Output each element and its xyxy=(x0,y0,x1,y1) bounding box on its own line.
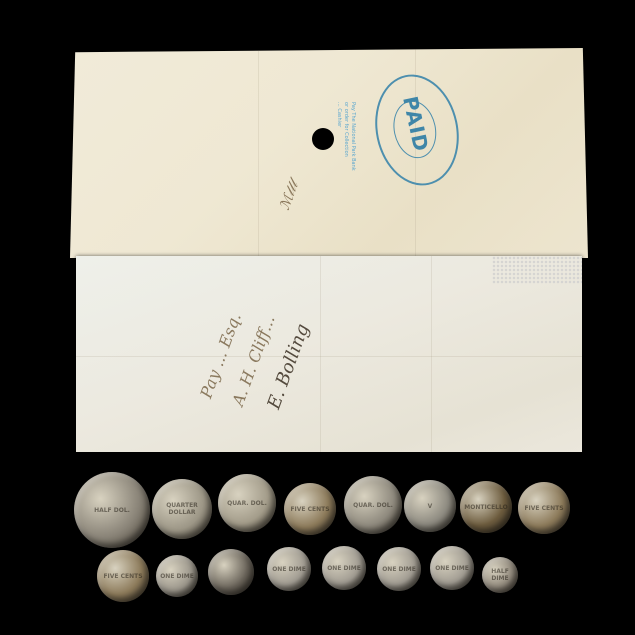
mercury-dime-coin: ONE DIME xyxy=(430,546,474,590)
fold-line xyxy=(431,256,432,452)
coin-legend: QUARTER DOLLAR xyxy=(152,502,212,516)
endorsement-line: ... Cashier xyxy=(335,102,342,171)
punch-hole xyxy=(312,128,334,150)
coin-legend: V xyxy=(428,503,433,510)
seated-liberty-quarter-coin: QUAR. DOL. xyxy=(344,476,402,534)
buffalo-nickel-coin: FIVE CENTS xyxy=(97,550,149,602)
seated-half-dime-coin: HALF DIME xyxy=(482,557,518,593)
halftone-pattern xyxy=(492,256,582,284)
coin-legend: HALF DOL. xyxy=(94,507,130,514)
coin-legend: ONE DIME xyxy=(160,573,194,580)
mercury-dime-coin: ONE DIME xyxy=(322,546,366,590)
mercury-dime-coin: ONE DIME xyxy=(377,547,421,591)
mercury-dime-coin: ONE DIME xyxy=(267,547,311,591)
fold-line xyxy=(320,256,321,452)
buffalo-nickel-coin: FIVE CENTS xyxy=(284,483,336,535)
capped-bust-dime-coin xyxy=(208,549,254,595)
coin-legend: QUAR. DOL. xyxy=(227,500,267,507)
coin-legend: MONTICELLO xyxy=(464,504,507,511)
jefferson-nickel-coin: MONTICELLO xyxy=(460,481,512,533)
coin-legend: FIVE CENTS xyxy=(524,505,563,512)
coin-legend: ONE DIME xyxy=(382,566,416,573)
standing-liberty-quarter-coin: QUARTER DOLLAR xyxy=(152,479,212,539)
check-back-top: ℳ𝓁𝓁𝓁 Pay The National Park Bank or order… xyxy=(70,48,588,258)
coin-legend: ONE DIME xyxy=(435,565,469,572)
endorsement-stamp-text: Pay The National Park Bank or order for … xyxy=(335,102,356,171)
pencil-signature: ℳ𝓁𝓁𝓁 xyxy=(277,180,302,213)
coin-legend: QUAR. DOL. xyxy=(353,502,393,509)
paid-stamp: PAID xyxy=(365,67,468,194)
coin-legend: FIVE CENTS xyxy=(290,506,329,513)
liberty-v-nickel-coin: V xyxy=(404,480,456,532)
seated-liberty-half-dollar-coin: HALF DOL. xyxy=(74,472,150,548)
barber-dime-coin: ONE DIME xyxy=(156,555,198,597)
endorsement-line: Pay The National Park Bank xyxy=(349,102,356,171)
fold-line xyxy=(76,356,582,357)
coin-legend: FIVE CENTS xyxy=(103,573,142,580)
fold-line xyxy=(258,48,259,258)
coin-legend: HALF DIME xyxy=(482,568,518,582)
check-back-bottom: Pay ... Esq. A. H. Cliff... E. Bolling xyxy=(76,256,582,452)
endorsement-line: or order for Collection xyxy=(342,102,349,171)
coin-legend: ONE DIME xyxy=(327,565,361,572)
barber-quarter-coin: QUAR. DOL. xyxy=(218,474,276,532)
buffalo-nickel-coin: FIVE CENTS xyxy=(518,482,570,534)
coin-legend: ONE DIME xyxy=(272,566,306,573)
